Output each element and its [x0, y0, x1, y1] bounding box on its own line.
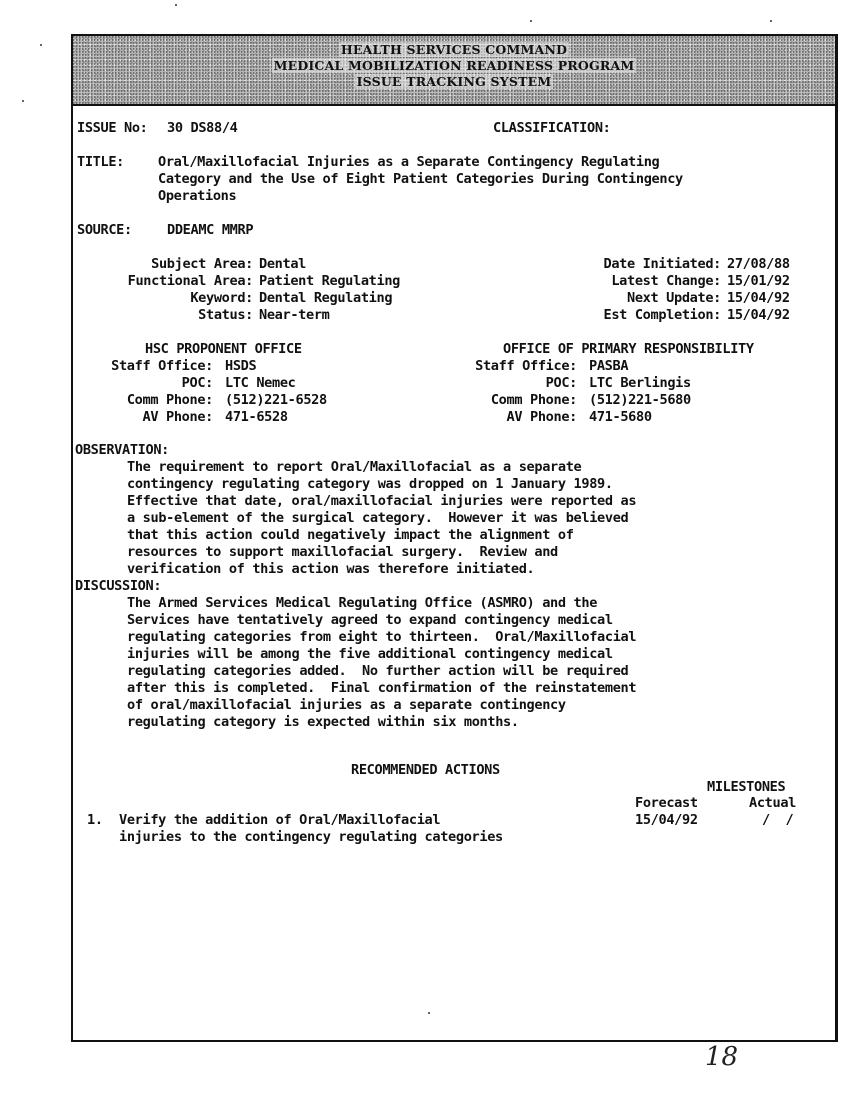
forecast-label: Forecast — [635, 795, 698, 812]
primary-comm-phone-label: Comm Phone: — [373, 392, 577, 409]
discussion-line-7: of oral/maxillofacial injuries as a sepa… — [127, 697, 566, 714]
scan-speck — [770, 20, 772, 22]
next-update-value: 15/04/92 — [727, 290, 790, 307]
issue-number-value: 30 DS88/4 — [167, 120, 238, 137]
observation-label: OBSERVATION: — [75, 442, 169, 459]
primary-staff-office-value: PASBA — [589, 358, 628, 375]
action-item-actual: / / — [762, 812, 793, 829]
subject-area-value: Dental — [259, 256, 306, 273]
scan-speck — [530, 20, 532, 22]
discussion-line-1: The Armed Services Medical Regulating Of… — [127, 595, 597, 612]
primary-poc-value: LTC Berlingis — [589, 375, 691, 392]
est-completion-value: 15/04/92 — [727, 307, 790, 324]
action-item-line-1: Verify the addition of Oral/Maxillofacia… — [119, 812, 440, 829]
discussion-line-6: after this is completed. Final confirmat… — [127, 680, 636, 697]
handwritten-page-number: 18 — [705, 1042, 738, 1072]
scan-speck — [40, 44, 42, 46]
observation-line-4: a sub-element of the surgical category. … — [127, 510, 628, 527]
est-completion-label: Est Completion: — [473, 307, 721, 324]
milestones-label: MILESTONES — [707, 779, 785, 796]
issue-number-label: ISSUE No: — [77, 120, 148, 137]
proponent-poc-value: LTC Nemec — [225, 375, 296, 392]
banner-line-1: HEALTH SERVICES COMMAND — [339, 42, 569, 57]
primary-av-phone-value: 471-5680 — [589, 409, 652, 426]
proponent-poc-label: POC: — [73, 375, 213, 392]
actual-label: Actual — [749, 795, 796, 812]
primary-av-phone-label: AV Phone: — [373, 409, 577, 426]
keyword-value: Dental Regulating — [259, 290, 392, 307]
header-banner: HEALTH SERVICES COMMAND MEDICAL MOBILIZA… — [73, 36, 835, 106]
functional-area-label: Functional Area: — [73, 273, 253, 290]
proponent-office-heading: HSC PROPONENT OFFICE — [145, 341, 302, 358]
latest-change-value: 15/01/92 — [727, 273, 790, 290]
title-line-2: Category and the Use of Eight Patient Ca… — [158, 171, 683, 188]
banner-line-2: MEDICAL MOBILIZATION READINESS PROGRAM — [272, 58, 637, 73]
observation-line-5: that this action could negatively impact… — [127, 527, 574, 544]
status-label: Status: — [73, 307, 253, 324]
proponent-av-phone-label: AV Phone: — [73, 409, 213, 426]
title-line-3: Operations — [158, 188, 236, 205]
keyword-label: Keyword: — [73, 290, 253, 307]
primary-staff-office-label: Staff Office: — [373, 358, 577, 375]
proponent-staff-office-value: HSDS — [225, 358, 256, 375]
primary-comm-phone-value: (512)221-5680 — [589, 392, 691, 409]
proponent-av-phone-value: 471-6528 — [225, 409, 288, 426]
recommended-actions-heading: RECOMMENDED ACTIONS — [351, 762, 500, 779]
status-value: Near-term — [259, 307, 330, 324]
scan-speck — [428, 1012, 430, 1014]
subject-area-label: Subject Area: — [73, 256, 253, 273]
action-item-forecast: 15/04/92 — [635, 812, 698, 829]
primary-office-heading: OFFICE OF PRIMARY RESPONSIBILITY — [503, 341, 754, 358]
primary-poc-label: POC: — [373, 375, 577, 392]
proponent-staff-office-label: Staff Office: — [73, 358, 213, 375]
discussion-line-4: injuries will be among the five addition… — [127, 646, 613, 663]
observation-line-7: verification of this action was therefor… — [127, 561, 534, 578]
discussion-line-2: Services have tentatively agreed to expa… — [127, 612, 613, 629]
functional-area-value: Patient Regulating — [259, 273, 400, 290]
action-item-line-2: injuries to the contingency regulating c… — [119, 829, 503, 846]
latest-change-label: Latest Change: — [473, 273, 721, 290]
proponent-comm-phone-label: Comm Phone: — [73, 392, 213, 409]
discussion-line-8: regulating category is expected within s… — [127, 714, 519, 731]
observation-line-6: resources to support maxillofacial surge… — [127, 544, 558, 561]
proponent-comm-phone-value: (512)221-6528 — [225, 392, 327, 409]
discussion-line-5: regulating categories added. No further … — [127, 663, 628, 680]
next-update-label: Next Update: — [473, 290, 721, 307]
scan-speck — [22, 100, 24, 102]
observation-line-2: contingency regulating category was drop… — [127, 476, 613, 493]
observation-line-1: The requirement to report Oral/Maxillofa… — [127, 459, 581, 476]
observation-line-3: Effective that date, oral/maxillofacial … — [127, 493, 636, 510]
classification-label: CLASSIFICATION: — [493, 120, 611, 137]
source-value: DDEAMC MMRP — [167, 222, 253, 239]
date-initiated-value: 27/08/88 — [727, 256, 790, 273]
date-initiated-label: Date Initiated: — [473, 256, 721, 273]
issue-form-frame: HEALTH SERVICES COMMAND MEDICAL MOBILIZA… — [71, 34, 838, 1042]
title-label: TITLE: — [77, 154, 124, 171]
action-item-number: 1. — [87, 812, 103, 829]
scan-speck — [175, 4, 177, 6]
discussion-line-3: regulating categories from eight to thir… — [127, 629, 636, 646]
banner-line-3: ISSUE TRACKING SYSTEM — [355, 74, 554, 89]
title-line-1: Oral/Maxillofacial Injuries as a Separat… — [158, 154, 659, 171]
discussion-label: DISCUSSION: — [75, 578, 161, 595]
source-label: SOURCE: — [77, 222, 132, 239]
